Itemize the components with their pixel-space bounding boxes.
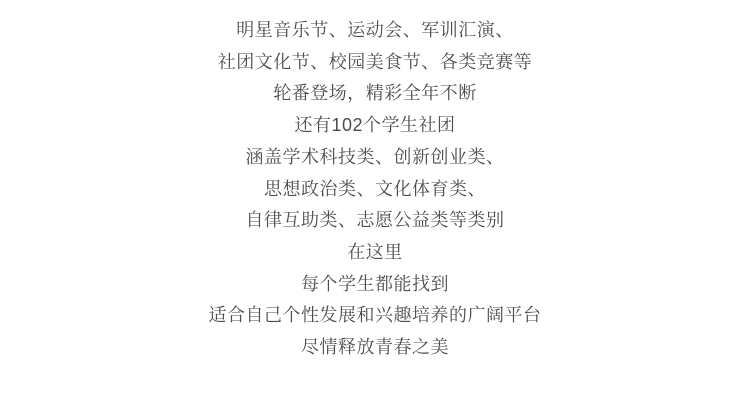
article-text-block: 明星音乐节、运动会、军训汇演、社团文化节、校园美食节、各类竞赛等轮番登场，精彩全… xyxy=(0,15,750,364)
text-line: 还有102个学生社团 xyxy=(0,110,750,142)
text-line: 社团文化节、校园美食节、各类竞赛等 xyxy=(0,47,750,79)
text-line: 尽情释放青春之美 xyxy=(0,332,750,364)
text-line: 思想政治类、文化体育类、 xyxy=(0,174,750,206)
text-line: 涵盖学术科技类、创新创业类、 xyxy=(0,142,750,174)
document-page: 明星音乐节、运动会、军训汇演、社团文化节、校园美食节、各类竞赛等轮番登场，精彩全… xyxy=(0,0,750,398)
text-line: 轮番登场，精彩全年不断 xyxy=(0,78,750,110)
text-line: 明星音乐节、运动会、军训汇演、 xyxy=(0,15,750,47)
text-line: 自律互助类、志愿公益类等类别 xyxy=(0,205,750,237)
text-line: 每个学生都能找到 xyxy=(0,269,750,301)
text-line: 在这里 xyxy=(0,237,750,269)
text-line: 适合自己个性发展和兴趣培养的广阔平台 xyxy=(0,300,750,332)
